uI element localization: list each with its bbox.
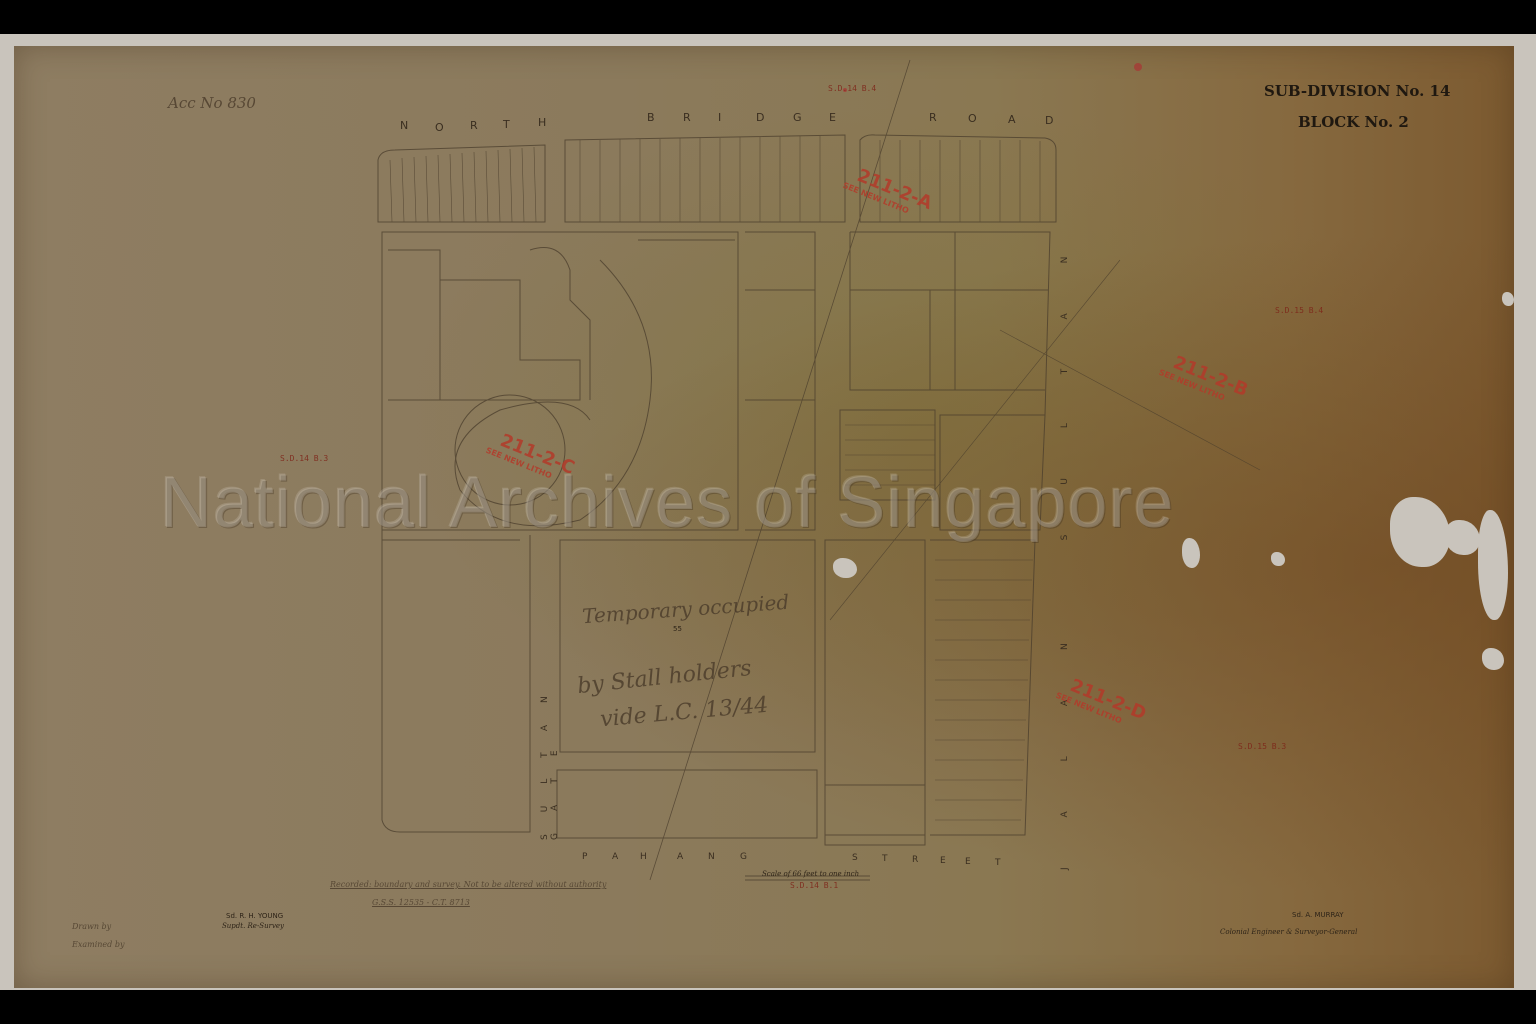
signature-name-right: Sd. A. MURRAY (1292, 911, 1344, 919)
adjoining-sheet-east-upper: S.D.15 B.4 (1275, 306, 1323, 315)
lot-number: 55 (673, 625, 682, 633)
road-letter: A (677, 852, 683, 862)
block-title: BLOCK No. 2 (1298, 113, 1409, 131)
road-letter: T (882, 854, 888, 864)
adjoining-sheet-east-lower: S.D.15 B.3 (1238, 742, 1286, 751)
road-letter: R (912, 855, 918, 865)
road-letter: S (852, 853, 858, 863)
paper-damage (833, 558, 857, 578)
sheet-title: SUB-DIVISION No. 14 (1264, 82, 1450, 100)
adjoining-sheet-north: S.D.14 B.4 (828, 84, 876, 93)
scale-label: Scale of 66 feet to one inch (762, 870, 859, 878)
road-letter: H (640, 852, 647, 862)
road-letter: A (1008, 113, 1016, 126)
road-label-north-bridge-road: N (400, 119, 408, 132)
adjoining-sheet-south: S.D.14 B.1 (790, 881, 838, 890)
road-label-sultan-gate: SULTAN GATE (540, 540, 560, 840)
road-letter: N (708, 852, 715, 862)
road-letter: P (582, 852, 587, 862)
road-letter: T (503, 118, 510, 131)
road-letter: B (647, 111, 655, 124)
road-letter: O (968, 112, 977, 125)
annotation-recorded: Recorded: boundary and survey. Not to be… (330, 880, 606, 889)
paper-damage (1482, 648, 1504, 670)
road-letter: E (829, 111, 836, 124)
road-letter: G (793, 111, 802, 124)
paper-damage (1271, 552, 1285, 566)
road-letter: E (940, 856, 946, 866)
road-letter: A (612, 852, 618, 862)
road-letter: R (683, 111, 691, 124)
road-letter: D (756, 111, 764, 124)
drawn-by: Drawn by (72, 922, 111, 931)
signature-title-left: Supdt. Re-Survey (222, 922, 284, 930)
examined-by: Examined by (72, 940, 124, 949)
archive-watermark: National Archives of Singapore (160, 462, 1175, 544)
annotation-recorded-ref: G.S.S. 12535 - C.T. 8713 (372, 898, 470, 907)
road-letter: T (995, 858, 1001, 868)
road-letter: R (470, 119, 478, 132)
road-letter: R (929, 111, 937, 124)
road-letter: E (965, 857, 971, 867)
road-letter: H (538, 116, 546, 129)
road-letter: O (435, 121, 444, 134)
signature-title-right: Colonial Engineer & Surveyor-General (1220, 928, 1357, 936)
accession-note: Acc No 830 (168, 94, 256, 112)
road-letter: D (1045, 114, 1053, 127)
road-letter: I (718, 111, 721, 124)
road-letter: G (740, 852, 747, 862)
paper-damage (1502, 292, 1514, 306)
signature-name-left: Sd. R. H. YOUNG (226, 912, 283, 920)
